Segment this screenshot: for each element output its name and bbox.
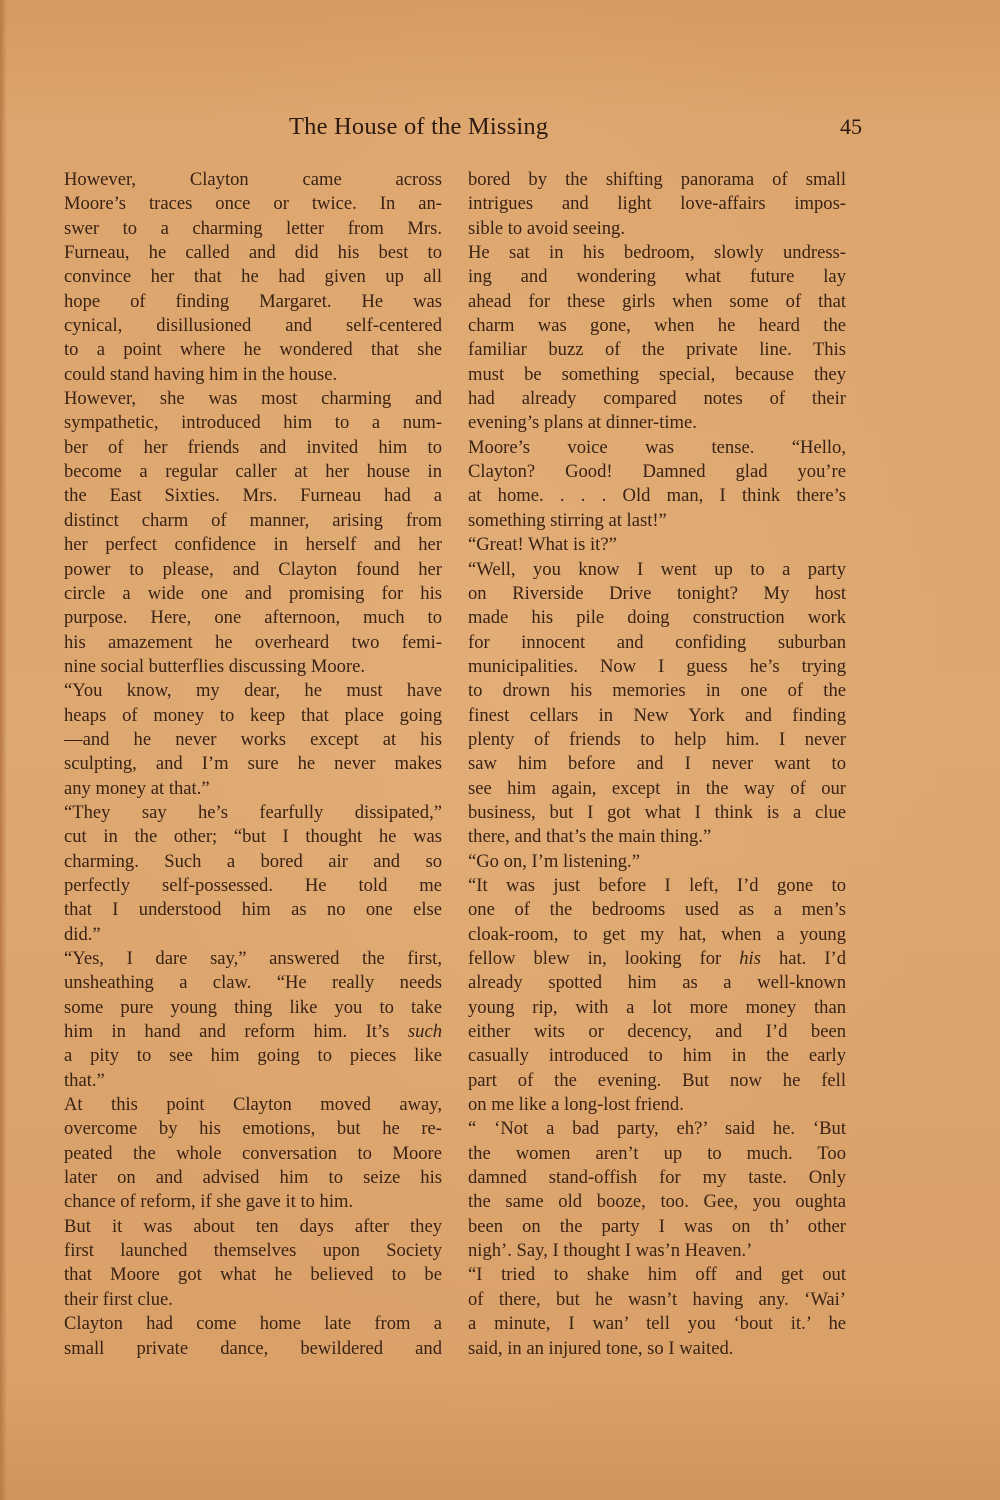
text-line: perfectly self-possessed. He told me (64, 874, 442, 898)
text-line: However, she was most charming and (64, 387, 442, 411)
text-line: already spotted him as a well-known (468, 971, 846, 995)
text-line: “You know, my dear, he must have (64, 679, 442, 703)
text-line: plenty of friends to help him. I never (468, 728, 846, 752)
text-line: at home. . . . Old man, I think there’s (468, 484, 846, 508)
text-line: that Moore got what he believed to be (64, 1263, 442, 1287)
text-line: could stand having him in the house. (64, 363, 442, 387)
text-line: “Yes, I dare say,” answered the first, (64, 947, 442, 971)
text-line: “Go on, I’m listening.” (468, 850, 846, 874)
text-line: that I understood him as no one else (64, 898, 442, 922)
text-line: made his pile doing construction work (468, 606, 846, 630)
text-line: He sat in his bedroom, slowly undress- (468, 241, 846, 265)
text-line: Clayton had come home late from a (64, 1312, 442, 1336)
text-line: casually introduced to him in the early (468, 1044, 846, 1068)
text-line: familiar buzz of the private line. This (468, 338, 846, 362)
text-line: ber of her friends and invited him to (64, 436, 442, 460)
text-line: purpose. Here, one afternoon, much to (64, 606, 442, 630)
text-line: bored by the shifting panorama of small (468, 168, 846, 192)
right-column: bored by the shifting panorama of smalli… (468, 168, 846, 1361)
text-line: him in hand and reform him. It’s such (64, 1020, 442, 1044)
text-line: of there, but he wasn’t having any. ‘Wai… (468, 1288, 846, 1312)
text-line: nine social butterflies discussing Moore… (64, 655, 442, 679)
text-line: on me like a long-lost friend. (468, 1093, 846, 1117)
text-line: said, in an injured tone, so I waited. (468, 1337, 846, 1361)
text-line: small private dance, bewildered and (64, 1337, 442, 1361)
page-number: 45 (840, 114, 862, 140)
emphasis: such (408, 1021, 442, 1042)
text-line: “Well, you know I went up to a party (468, 558, 846, 582)
text-line: distinct charm of manner, arising from (64, 509, 442, 533)
text-line: on Riverside Drive tonight? My host (468, 582, 846, 606)
text-line: her perfect confidence in herself and he… (64, 533, 442, 557)
text-line: finest cellars in New York and finding (468, 704, 846, 728)
text-line: the women aren’t up to much. Too (468, 1142, 846, 1166)
text-line: ahead for these girls when some of that (468, 290, 846, 314)
text-line: sympathetic, introduced him to a num- (64, 411, 442, 435)
text-line: charming. Such a bored air and so (64, 850, 442, 874)
text-line: Moore’s traces once or twice. In an- (64, 192, 442, 216)
text-line: Moore’s voice was tense. “Hello, (468, 436, 846, 460)
text-line: cloak-room, to get my hat, when a young (468, 923, 846, 947)
text-line: peated the whole conversation to Moore (64, 1142, 442, 1166)
text-line: one of the bedrooms used as a men’s (468, 898, 846, 922)
text-line: At this point Clayton moved away, (64, 1093, 442, 1117)
text-line: been on the party I was on th’ other (468, 1215, 846, 1239)
text-line: any money at that.” (64, 777, 442, 801)
text-line: “I tried to shake him off and get out (468, 1263, 846, 1287)
text-line: must be something special, because they (468, 363, 846, 387)
text-line: to drown his memories in one of the (468, 679, 846, 703)
text-line: something stirring at last!” (468, 509, 846, 533)
text-line: However, Clayton came across (64, 168, 442, 192)
text-line: later on and advised him to seize his (64, 1166, 442, 1190)
text-line: that.” (64, 1069, 442, 1093)
text-line: convince her that he had given up all (64, 265, 442, 289)
text-line: charm was gone, when he heard the (468, 314, 846, 338)
text-line: the same old booze, too. Gee, you oughta (468, 1190, 846, 1214)
running-head: The House of the Missing 45 (0, 113, 1000, 147)
text-line: young rip, with a lot more money than (468, 996, 846, 1020)
text-line: evening’s plans at dinner-time. (468, 411, 846, 435)
text-line: But it was about ten days after they (64, 1215, 442, 1239)
text-line: did.” (64, 923, 442, 947)
text-line: circle a wide one and promising for his (64, 582, 442, 606)
text-line: cynical, disillusioned and self-centered (64, 314, 442, 338)
text-line: had already compared notes of their (468, 387, 846, 411)
text-line: sible to avoid seeing. (468, 217, 846, 241)
text-line: a pity to see him going to pieces like (64, 1044, 442, 1068)
emphasis: his (739, 948, 761, 969)
left-column: However, Clayton came acrossMoore’s trac… (64, 168, 442, 1361)
text-line: overcome by his emotions, but he re- (64, 1117, 442, 1141)
text-line: business, but I got what I think is a cl… (468, 801, 846, 825)
text-line: Furneau, he called and did his best to (64, 241, 442, 265)
text-line: there, and that’s the main thing.” (468, 825, 846, 849)
text-line: heaps of money to keep that place going (64, 704, 442, 728)
text-line: part of the evening. But now he fell (468, 1069, 846, 1093)
text-line: municipalities. Now I guess he’s trying (468, 655, 846, 679)
page-edge-shadow (0, 0, 7, 1500)
text-line: intrigues and light love-affairs impos- (468, 192, 846, 216)
text-line: power to please, and Clayton found her (64, 558, 442, 582)
running-title: The House of the Missing (289, 113, 548, 141)
text-line: first launched themselves upon Society (64, 1239, 442, 1263)
text-line: a minute, I wan’ tell you ‘bout it.’ he (468, 1312, 846, 1336)
text-line: “ ‘Not a bad party, eh?’ said he. ‘But (468, 1117, 846, 1141)
text-line: “Great! What is it?” (468, 533, 846, 557)
text-line: nigh’. Say, I thought I was’n Heaven.’ (468, 1239, 846, 1263)
text-line: damned stand-offish for my taste. Only (468, 1166, 846, 1190)
text-line: “It was just before I left, I’d gone to (468, 874, 846, 898)
text-line: their first clue. (64, 1288, 442, 1312)
text-line: saw him before and I never want to (468, 752, 846, 776)
text-line: chance of reform, if she gave it to him. (64, 1190, 442, 1214)
text-line: to a point where he wondered that she (64, 338, 442, 362)
text-line: his amazement he overheard two femi- (64, 631, 442, 655)
text-line: cut in the other; “but I thought he was (64, 825, 442, 849)
text-line: the East Sixties. Mrs. Furneau had a (64, 484, 442, 508)
text-line: sculpting, and I’m sure he never makes (64, 752, 442, 776)
text-line: become a regular caller at her house in (64, 460, 442, 484)
text-line: “They say he’s fearfully dissipated,” (64, 801, 442, 825)
text-line: Clayton? Good! Damned glad you’re (468, 460, 846, 484)
text-line: hope of finding Margaret. He was (64, 290, 442, 314)
text-line: see him again, except in the way of our (468, 777, 846, 801)
text-line: fellow blew in, looking for his hat. I’d (468, 947, 846, 971)
text-line: —and he never works except at his (64, 728, 442, 752)
text-line: for innocent and confiding suburban (468, 631, 846, 655)
text-line: some pure young thing like you to take (64, 996, 442, 1020)
text-line: swer to a charming letter from Mrs. (64, 217, 442, 241)
text-line: ing and wondering what future lay (468, 265, 846, 289)
text-line: unsheathing a claw. “He really needs (64, 971, 442, 995)
text-line: either wits or decency, and I’d been (468, 1020, 846, 1044)
